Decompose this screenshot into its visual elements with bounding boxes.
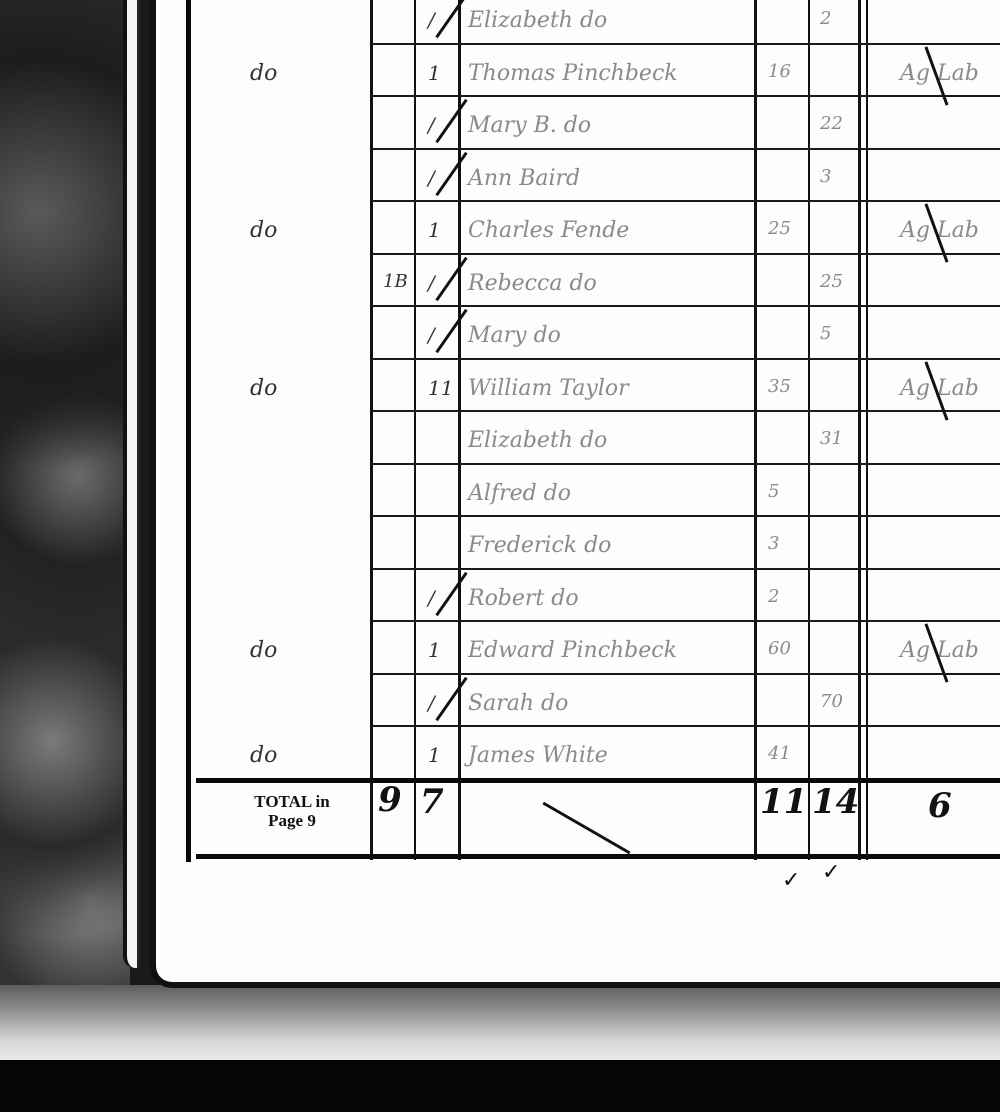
table-frame-left xyxy=(186,0,191,862)
male-age: 16 xyxy=(768,61,791,82)
row-rule xyxy=(372,148,1000,150)
row-rule xyxy=(372,305,1000,307)
total-houses-inhabited: 7 xyxy=(420,782,444,822)
houses-inhabited: 1 xyxy=(428,218,441,242)
houses-inhabited: 1 xyxy=(428,638,441,662)
male-age: 3 xyxy=(768,533,779,554)
column-rule xyxy=(414,0,416,860)
tick-mark: ✓ xyxy=(822,860,840,885)
female-age: 22 xyxy=(820,113,843,134)
total-houses-uninhabited: 9 xyxy=(378,780,402,820)
person-name: Elizabeth do xyxy=(468,428,607,453)
total-right-partial: 6 xyxy=(928,786,952,826)
houses-inhabited: / xyxy=(428,586,435,610)
column-rule xyxy=(370,0,373,860)
female-age: 31 xyxy=(820,428,843,449)
total-label-line1: TOTAL in xyxy=(232,792,352,811)
person-name: Alfred do xyxy=(468,481,571,506)
row-rule xyxy=(372,673,1000,675)
total-females: 14 xyxy=(812,782,859,822)
person-name: Elizabeth do xyxy=(468,8,607,33)
female-age: 70 xyxy=(820,691,843,712)
row-rule xyxy=(372,253,1000,255)
houses-inhabited: 11 xyxy=(428,376,453,400)
total-label: TOTAL in Page 9 xyxy=(232,792,352,830)
place-ditto: do xyxy=(250,218,277,243)
column-rule xyxy=(808,0,810,860)
dark-background-left xyxy=(0,0,130,1060)
female-age: 3 xyxy=(820,166,831,187)
total-rule xyxy=(196,854,1000,859)
row-rule xyxy=(372,515,1000,517)
person-name: Frederick do xyxy=(468,533,611,558)
person-name: Mary do xyxy=(468,323,561,348)
male-age: 35 xyxy=(768,376,791,397)
total-males: 11 xyxy=(760,782,807,822)
place-ditto: do xyxy=(250,376,277,401)
houses-inhabited: / xyxy=(428,166,435,190)
total-rule xyxy=(196,778,1000,783)
tick-mark: ✓ xyxy=(782,868,800,893)
row-rule xyxy=(372,463,1000,465)
person-name: Robert do xyxy=(468,586,579,611)
person-name: James White xyxy=(468,743,608,768)
row-rule xyxy=(372,620,1000,622)
row-rule xyxy=(372,358,1000,360)
houses-inhabited: 1 xyxy=(428,743,441,767)
row-rule xyxy=(372,725,1000,727)
column-rule xyxy=(754,0,757,860)
place-ditto: do xyxy=(250,743,277,768)
houses-inhabited: 1 xyxy=(428,61,441,85)
houses-inhabited: / xyxy=(428,8,435,32)
column-rule xyxy=(458,0,461,860)
total-label-line2: Page 9 xyxy=(232,811,352,830)
person-name: Ann Baird xyxy=(468,166,580,191)
male-age: 41 xyxy=(768,743,791,764)
place-ditto: do xyxy=(250,61,277,86)
male-age: 60 xyxy=(768,638,791,659)
row-rule xyxy=(372,410,1000,412)
male-age: 2 xyxy=(768,586,779,607)
houses-uninhabited: 1B xyxy=(383,271,408,292)
column-rule xyxy=(866,0,868,860)
page-edge xyxy=(123,0,140,968)
female-age: 25 xyxy=(820,271,843,292)
male-age: 25 xyxy=(768,218,791,239)
black-border-bottom xyxy=(0,1060,1000,1112)
person-name: Edward Pinchbeck xyxy=(468,638,677,663)
row-rule xyxy=(372,95,1000,97)
person-name: Charles Fende xyxy=(468,218,629,243)
person-name: Sarah do xyxy=(468,691,568,716)
male-age: 5 xyxy=(768,481,779,502)
person-name: Thomas Pinchbeck xyxy=(468,61,678,86)
place-ditto: do xyxy=(250,638,277,663)
column-rule xyxy=(858,0,861,860)
row-rule xyxy=(372,43,1000,45)
person-name: William Taylor xyxy=(468,376,629,401)
row-rule xyxy=(372,200,1000,202)
houses-inhabited: / xyxy=(428,113,435,137)
row-rule xyxy=(372,568,1000,570)
houses-inhabited: / xyxy=(428,691,435,715)
person-name: Rebecca do xyxy=(468,271,597,296)
person-name: Mary B. do xyxy=(468,113,591,138)
female-age: 5 xyxy=(820,323,831,344)
female-age: 2 xyxy=(820,8,831,29)
houses-inhabited: / xyxy=(428,271,435,295)
houses-inhabited: / xyxy=(428,323,435,347)
background-bottom xyxy=(0,985,1000,1060)
